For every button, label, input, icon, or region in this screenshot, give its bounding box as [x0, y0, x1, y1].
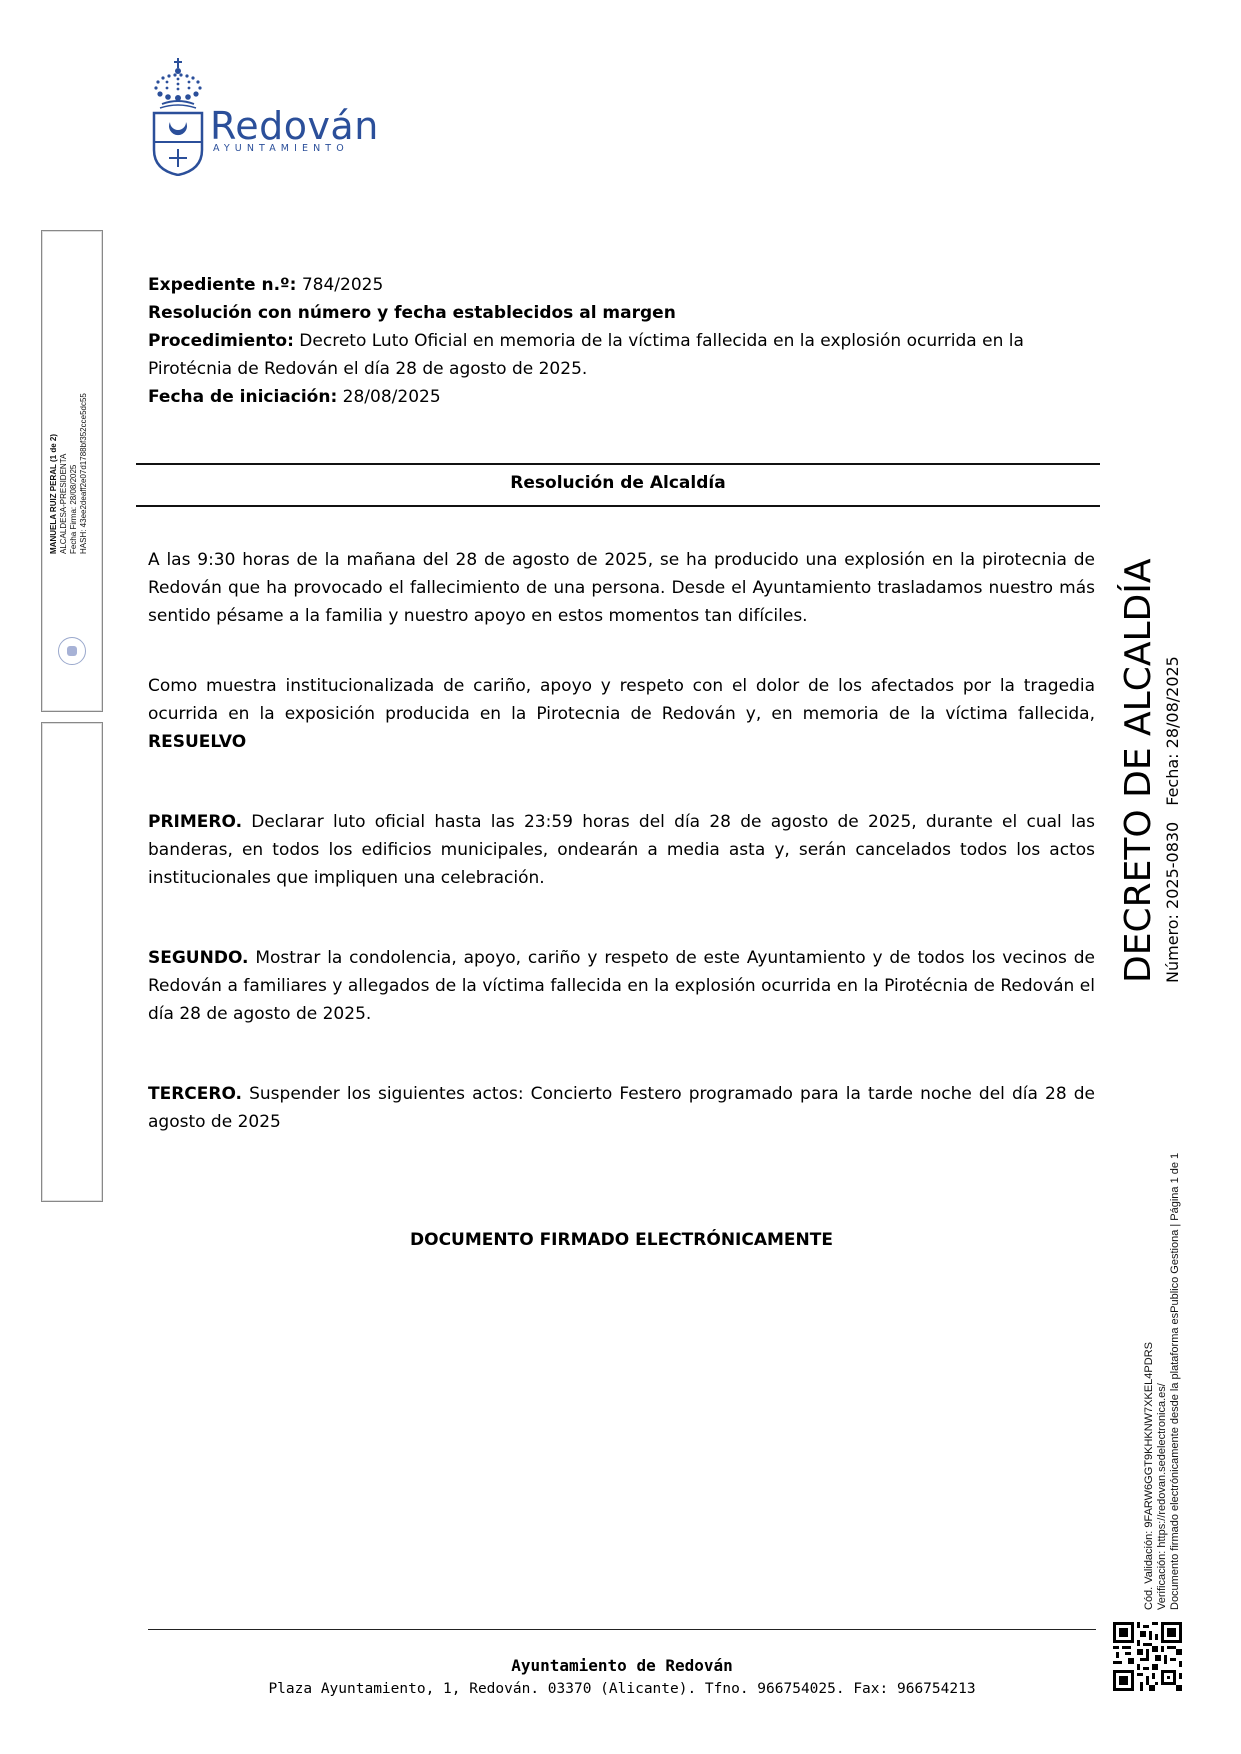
signature-info: MANUELA RUIZ PERAL (1 de 2) ALCALDESA-PR…: [49, 194, 89, 554]
clause-tercero-label: TERCERO.: [148, 1084, 242, 1104]
signature-date: Fecha Firma: 28/08/2025: [69, 194, 79, 554]
signature-hash: HASH: 43ee2deaff2e07d1788bf352cce5dc55: [79, 194, 89, 554]
clause-segundo: SEGUNDO. Mostrar la condolencia, apoyo, …: [148, 944, 1095, 1028]
signature-box-empty: [41, 722, 103, 1202]
clause-tercero-text: Suspender los siguientes actos: Conciert…: [148, 1084, 1095, 1132]
fecha-label: Fecha de iniciación:: [148, 387, 337, 407]
clause-primero: PRIMERO. Declarar luto oficial hasta las…: [148, 808, 1095, 892]
clause-tercero: TERCERO. Suspender los siguientes actos:…: [148, 1080, 1095, 1136]
expediente-label: Expediente n.º:: [148, 275, 296, 295]
document-metadata: Expediente n.º: 784/2025 Resolución con …: [148, 271, 1098, 411]
clause-segundo-label: SEGUNDO.: [148, 948, 249, 968]
clause-primero-text: Declarar luto oficial hasta las 23:59 ho…: [148, 812, 1095, 888]
verification-url[interactable]: Verificación: https://redovan.sedelectro…: [1156, 1090, 1169, 1610]
signer-role: ALCALDESA-PRESIDENTA: [59, 194, 69, 554]
decree-meta: Número: 2025-0830Fecha: 28/08/2025: [1163, 583, 1183, 983]
procedimiento-label: Procedimiento:: [148, 331, 294, 351]
municipal-seal-icon: [58, 637, 86, 665]
logo-wordmark: Redován: [210, 106, 379, 146]
expediente-line: Expediente n.º: 784/2025: [148, 271, 1098, 299]
section-rule-top: [136, 463, 1100, 465]
paragraph-resolve-text: Como muestra institucionalizada de cariñ…: [148, 676, 1095, 724]
procedimiento-line: Procedimiento: Decreto Luto Oficial en m…: [148, 327, 1098, 383]
decree-title: DECRETO DE ALCALDÍA: [1118, 583, 1160, 983]
resolucion-line: Resolución con número y fecha establecid…: [148, 299, 1098, 327]
signed-notice: DOCUMENTO FIRMADO ELECTRÓNICAMENTE: [148, 1227, 1095, 1253]
footer-address: Plaza Ayuntamiento, 1, Redován. 03370 (A…: [148, 1679, 1096, 1699]
platform-notice: Documento firmado electrónicamente desde…: [1169, 1090, 1182, 1610]
section-title: Resolución de Alcaldía: [136, 470, 1100, 496]
footer-title: Ayuntamiento de Redován: [148, 1656, 1096, 1676]
paragraph-intro: A las 9:30 horas de la mañana del 28 de …: [148, 546, 1095, 630]
signer-name: MANUELA RUIZ PERAL (1 de 2): [49, 194, 59, 554]
fecha-line: Fecha de iniciación: 28/08/2025: [148, 383, 1098, 411]
section-rule-bottom: [136, 505, 1100, 507]
footer-rule: [148, 1629, 1096, 1630]
resuelvo-label: RESUELVO: [148, 732, 246, 752]
decree-date: Fecha: 28/08/2025: [1163, 656, 1182, 806]
expediente-value: 784/2025: [296, 275, 383, 295]
paragraph-resolve: Como muestra institucionalizada de cariñ…: [148, 672, 1095, 756]
clause-segundo-text: Mostrar la condolencia, apoyo, cariño y …: [148, 948, 1095, 1024]
clause-primero-label: PRIMERO.: [148, 812, 242, 832]
decree-number: Número: 2025-0830: [1163, 822, 1182, 983]
qr-code-icon: [1113, 1622, 1182, 1691]
validation-code: Cód. Validación: 9FARW6GGT9KHKNW7XKEL4PD…: [1143, 1090, 1156, 1610]
logo-subtitle: AYUNTAMIENTO: [213, 144, 349, 154]
fecha-value: 28/08/2025: [337, 387, 440, 407]
validation-info: Cód. Validación: 9FARW6GGT9KHKNW7XKEL4PD…: [1143, 1090, 1182, 1610]
